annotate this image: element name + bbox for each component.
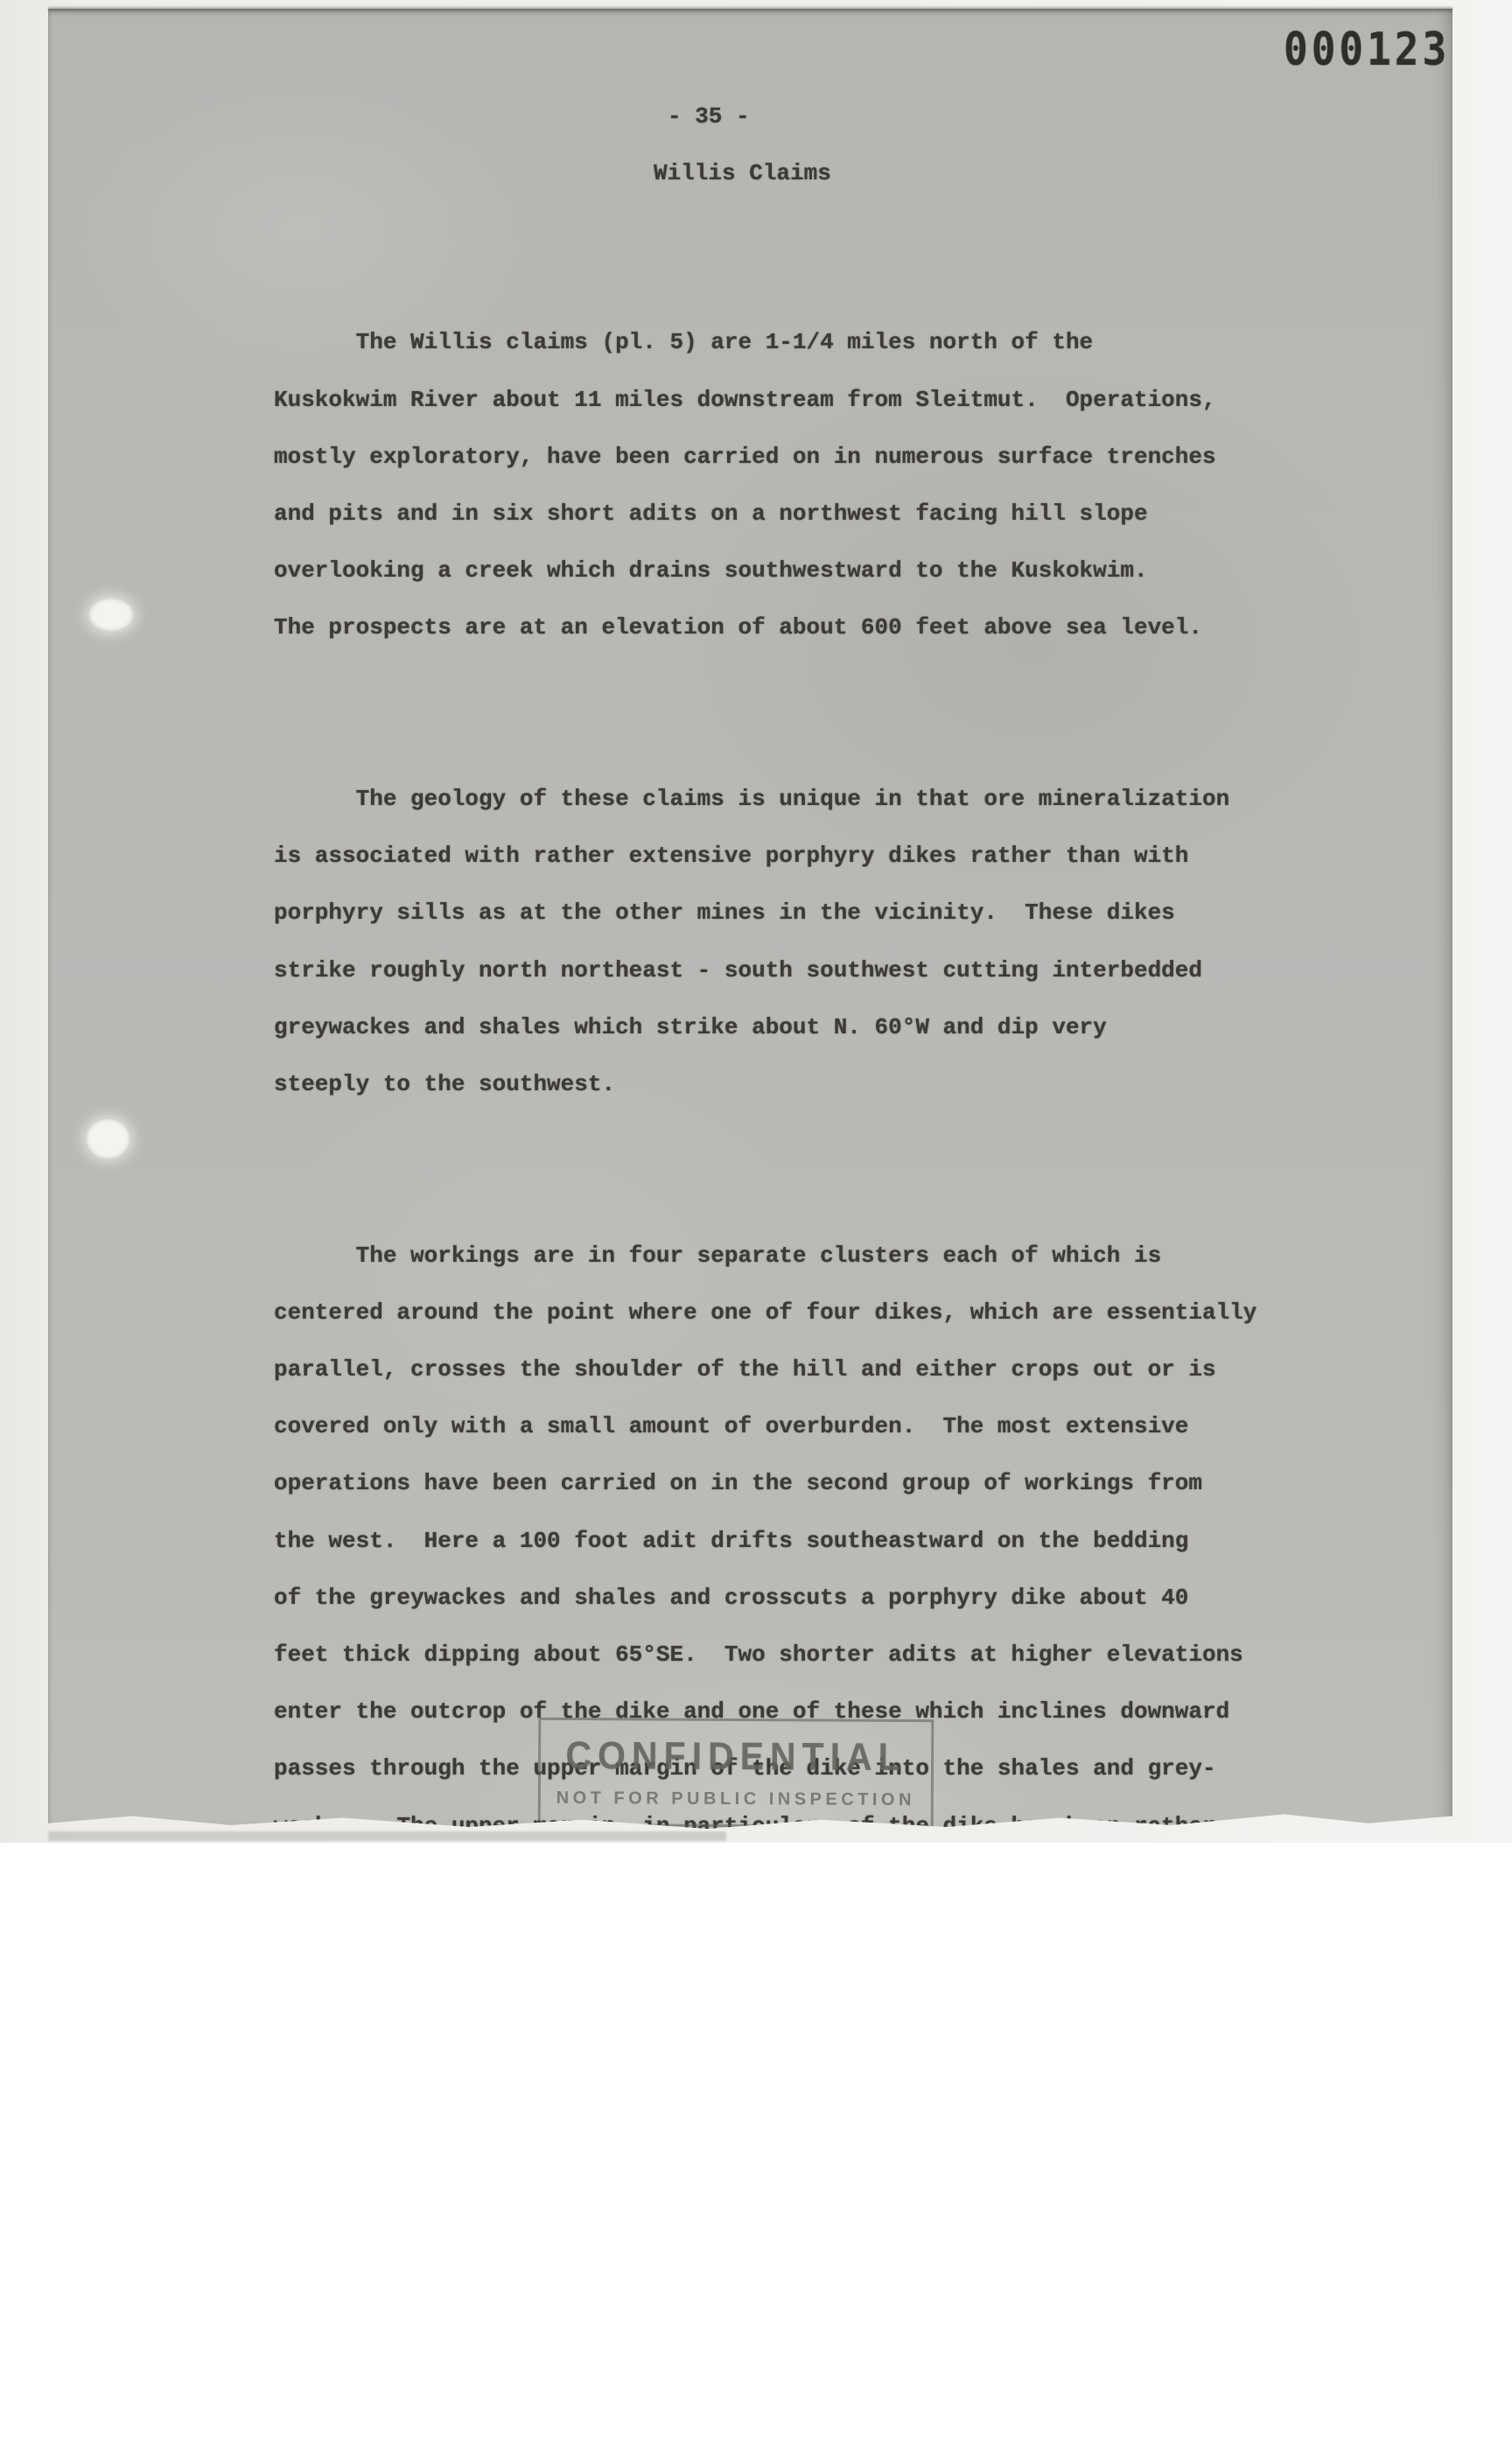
text-line: greywackes and shales which strike about…: [274, 999, 1376, 1056]
next-page-edge-residue: [48, 1831, 726, 1841]
text-line: is associated with rather extensive porp…: [274, 828, 1376, 885]
body-text: The Willis claims (pl. 5) are 1-1/4 mile…: [274, 200, 1376, 2197]
text-line: Kuskokwim River about 11 miles downstrea…: [274, 372, 1376, 429]
text-line: parallel, crosses the shoulder of the hi…: [274, 1341, 1376, 1398]
text-line: covered only with a small amount of over…: [274, 1398, 1376, 1455]
text-line: operations have been carried on in the s…: [274, 1455, 1376, 1512]
paragraph-2: The geology of these claims is unique in…: [274, 771, 1376, 1113]
scanned-document-screenshot: 000123 - 35 - Willis Claims The Willis c…: [0, 0, 1512, 2450]
text-line: The Willis claims (pl. 5) are 1-1/4 mile…: [274, 314, 1376, 371]
text-line: porphyry sills as at the other mines in …: [274, 885, 1376, 941]
page-top-edge-shadow: [48, 7, 1452, 10]
text-line: overlooking a creek which drains southwe…: [274, 542, 1376, 599]
text-line: feet thick dipping about 65°SE. Two shor…: [274, 1627, 1376, 1683]
document-page: 000123 - 35 - Willis Claims The Willis c…: [48, 9, 1452, 1829]
text-line: The geology of these claims is unique in…: [274, 771, 1376, 828]
text-line: the west. Here a 100 foot adit drifts so…: [274, 1513, 1376, 1570]
text-line: The workings are in four separate cluste…: [274, 1228, 1376, 1284]
section-title: Willis Claims: [654, 145, 831, 202]
text-line: steeply to the southwest.: [274, 1056, 1376, 1113]
text-line: and pits and in six short adits on a nor…: [274, 486, 1376, 542]
text-line: centered around the point where one of f…: [274, 1284, 1376, 1341]
serial-number-stamp: 000123: [1284, 23, 1450, 75]
text-line: feet and less thoroughly for several hun…: [274, 1912, 1376, 1969]
confidential-stamp-text: CONFIDENTIAL: [565, 1733, 906, 1780]
text-line: direction. Cinnabar and associated stibn…: [274, 1969, 1376, 2026]
text-line: The prospects are at an elevation of abo…: [274, 599, 1376, 656]
paragraph-3: The workings are in four separate cluste…: [274, 1228, 1376, 2083]
page-number: - 35 -: [668, 88, 750, 145]
punch-hole-bottom: [87, 1119, 129, 1158]
confidential-stamp: CONFIDENTIAL NOT FOR PUBLIC INSPECTION: [538, 1718, 934, 1828]
paragraph-1: The Willis claims (pl. 5) are 1-1/4 mile…: [274, 314, 1376, 656]
text-line: strike roughly north northeast - south s…: [274, 942, 1376, 999]
text-line: zone. The greywackes and shales above th…: [274, 2026, 1376, 2083]
punch-hole-top: [89, 598, 133, 631]
text-line: thoroughly explored with surface pits ov…: [274, 1855, 1376, 1912]
not-for-public-inspection-text: NOT FOR PUBLIC INSPECTION: [556, 1788, 915, 1810]
text-line: of the greywackes and shales and crosscu…: [274, 1570, 1376, 1627]
text-line: mostly exploratory, have been carried on…: [274, 429, 1376, 486]
